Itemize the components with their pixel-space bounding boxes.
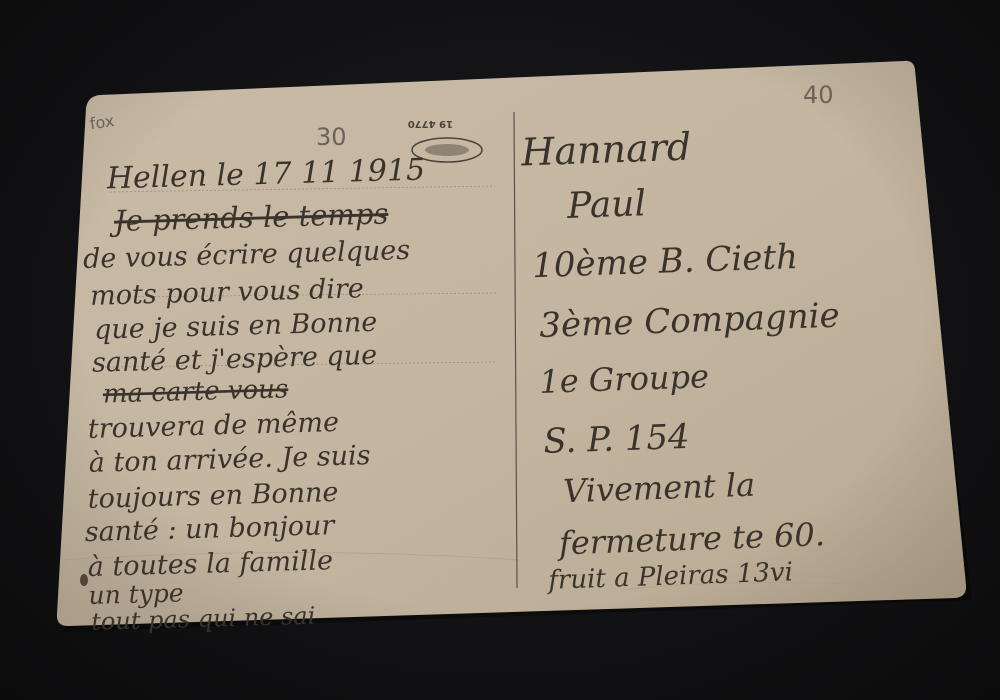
message-line-7: ma carte vous	[102, 374, 288, 409]
address-line-7: Vivement la	[563, 466, 756, 511]
address-line-2: Paul	[566, 183, 647, 227]
photo-scene: 19 4770 fox 30 40 Hellen le 17 11 1915 J…	[0, 0, 1000, 700]
ink-blot	[80, 574, 88, 586]
address-line-1: Hannard	[520, 125, 692, 175]
pencil-mark-topleft: fox	[89, 111, 116, 133]
pencil-mark-30: 30	[316, 123, 347, 151]
message-line-14: tout pas qui ne sai	[91, 602, 316, 636]
address-line-5: 1e Groupe	[539, 357, 710, 401]
pencil-mark-40: 40	[803, 81, 834, 109]
postcard: 19 4770 fox 30 40 Hellen le 17 11 1915 J…	[0, 0, 1000, 700]
svg-text:19 4770: 19 4770	[408, 118, 453, 129]
address-line-6: S. P. 154	[543, 417, 691, 462]
